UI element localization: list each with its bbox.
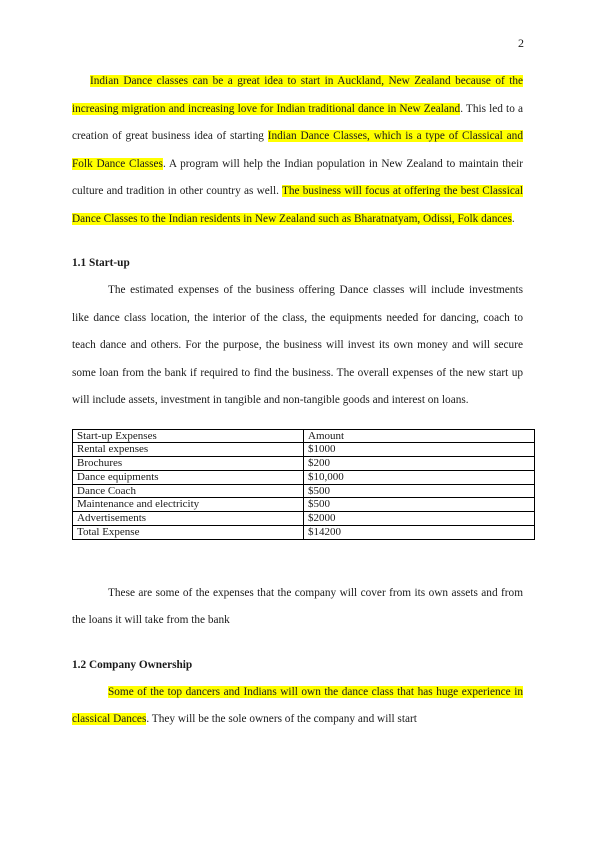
table-row: Dance equipments$10,000 bbox=[73, 470, 535, 484]
expense-name-cell: Dance Coach bbox=[73, 484, 304, 498]
startup-expenses-table: Start-up Expenses Amount Rental expenses… bbox=[72, 429, 535, 540]
table-row: Total Expense$14200 bbox=[73, 526, 535, 540]
after-table-paragraph: These are some of the expenses that the … bbox=[72, 580, 523, 635]
expense-amount-cell: $10,000 bbox=[304, 470, 535, 484]
expense-name-cell: Advertisements bbox=[73, 512, 304, 526]
startup-paragraph: The estimated expenses of the business o… bbox=[72, 277, 523, 415]
table-row: Dance Coach$500 bbox=[73, 484, 535, 498]
expense-amount-cell: $500 bbox=[304, 498, 535, 512]
expense-amount-cell: $14200 bbox=[304, 526, 535, 540]
header-cell-expense: Start-up Expenses bbox=[73, 429, 304, 443]
expense-amount-cell: $200 bbox=[304, 457, 535, 471]
table-row: Brochures$200 bbox=[73, 457, 535, 471]
highlighted-text: Indian Dance classes can be a great idea… bbox=[72, 75, 523, 115]
expense-name-cell: Maintenance and electricity bbox=[73, 498, 304, 512]
table-header-row: Start-up Expenses Amount bbox=[73, 429, 535, 443]
text-segment: . They will be the sole owners of the co… bbox=[146, 713, 417, 725]
page-number: 2 bbox=[518, 36, 524, 51]
section-heading-startup: 1.1 Start-up bbox=[72, 255, 523, 271]
expense-amount-cell: $2000 bbox=[304, 512, 535, 526]
expense-amount-cell: $1000 bbox=[304, 443, 535, 457]
expense-name-cell: Total Expense bbox=[73, 526, 304, 540]
expense-amount-cell: $500 bbox=[304, 484, 535, 498]
table-row: Rental expenses$1000 bbox=[73, 443, 535, 457]
intro-paragraph: Indian Dance classes can be a great idea… bbox=[72, 68, 523, 233]
section-heading-ownership: 1.2 Company Ownership bbox=[72, 657, 523, 673]
header-cell-amount: Amount bbox=[304, 429, 535, 443]
text-segment: . bbox=[512, 213, 515, 225]
expense-name-cell: Rental expenses bbox=[73, 443, 304, 457]
expense-name-cell: Dance equipments bbox=[73, 470, 304, 484]
expense-name-cell: Brochures bbox=[73, 457, 304, 471]
table-row: Advertisements$2000 bbox=[73, 512, 535, 526]
ownership-paragraph: Some of the top dancers and Indians will… bbox=[72, 679, 523, 734]
table-row: Maintenance and electricity$500 bbox=[73, 498, 535, 512]
document-body: Indian Dance classes can be a great idea… bbox=[72, 68, 523, 734]
